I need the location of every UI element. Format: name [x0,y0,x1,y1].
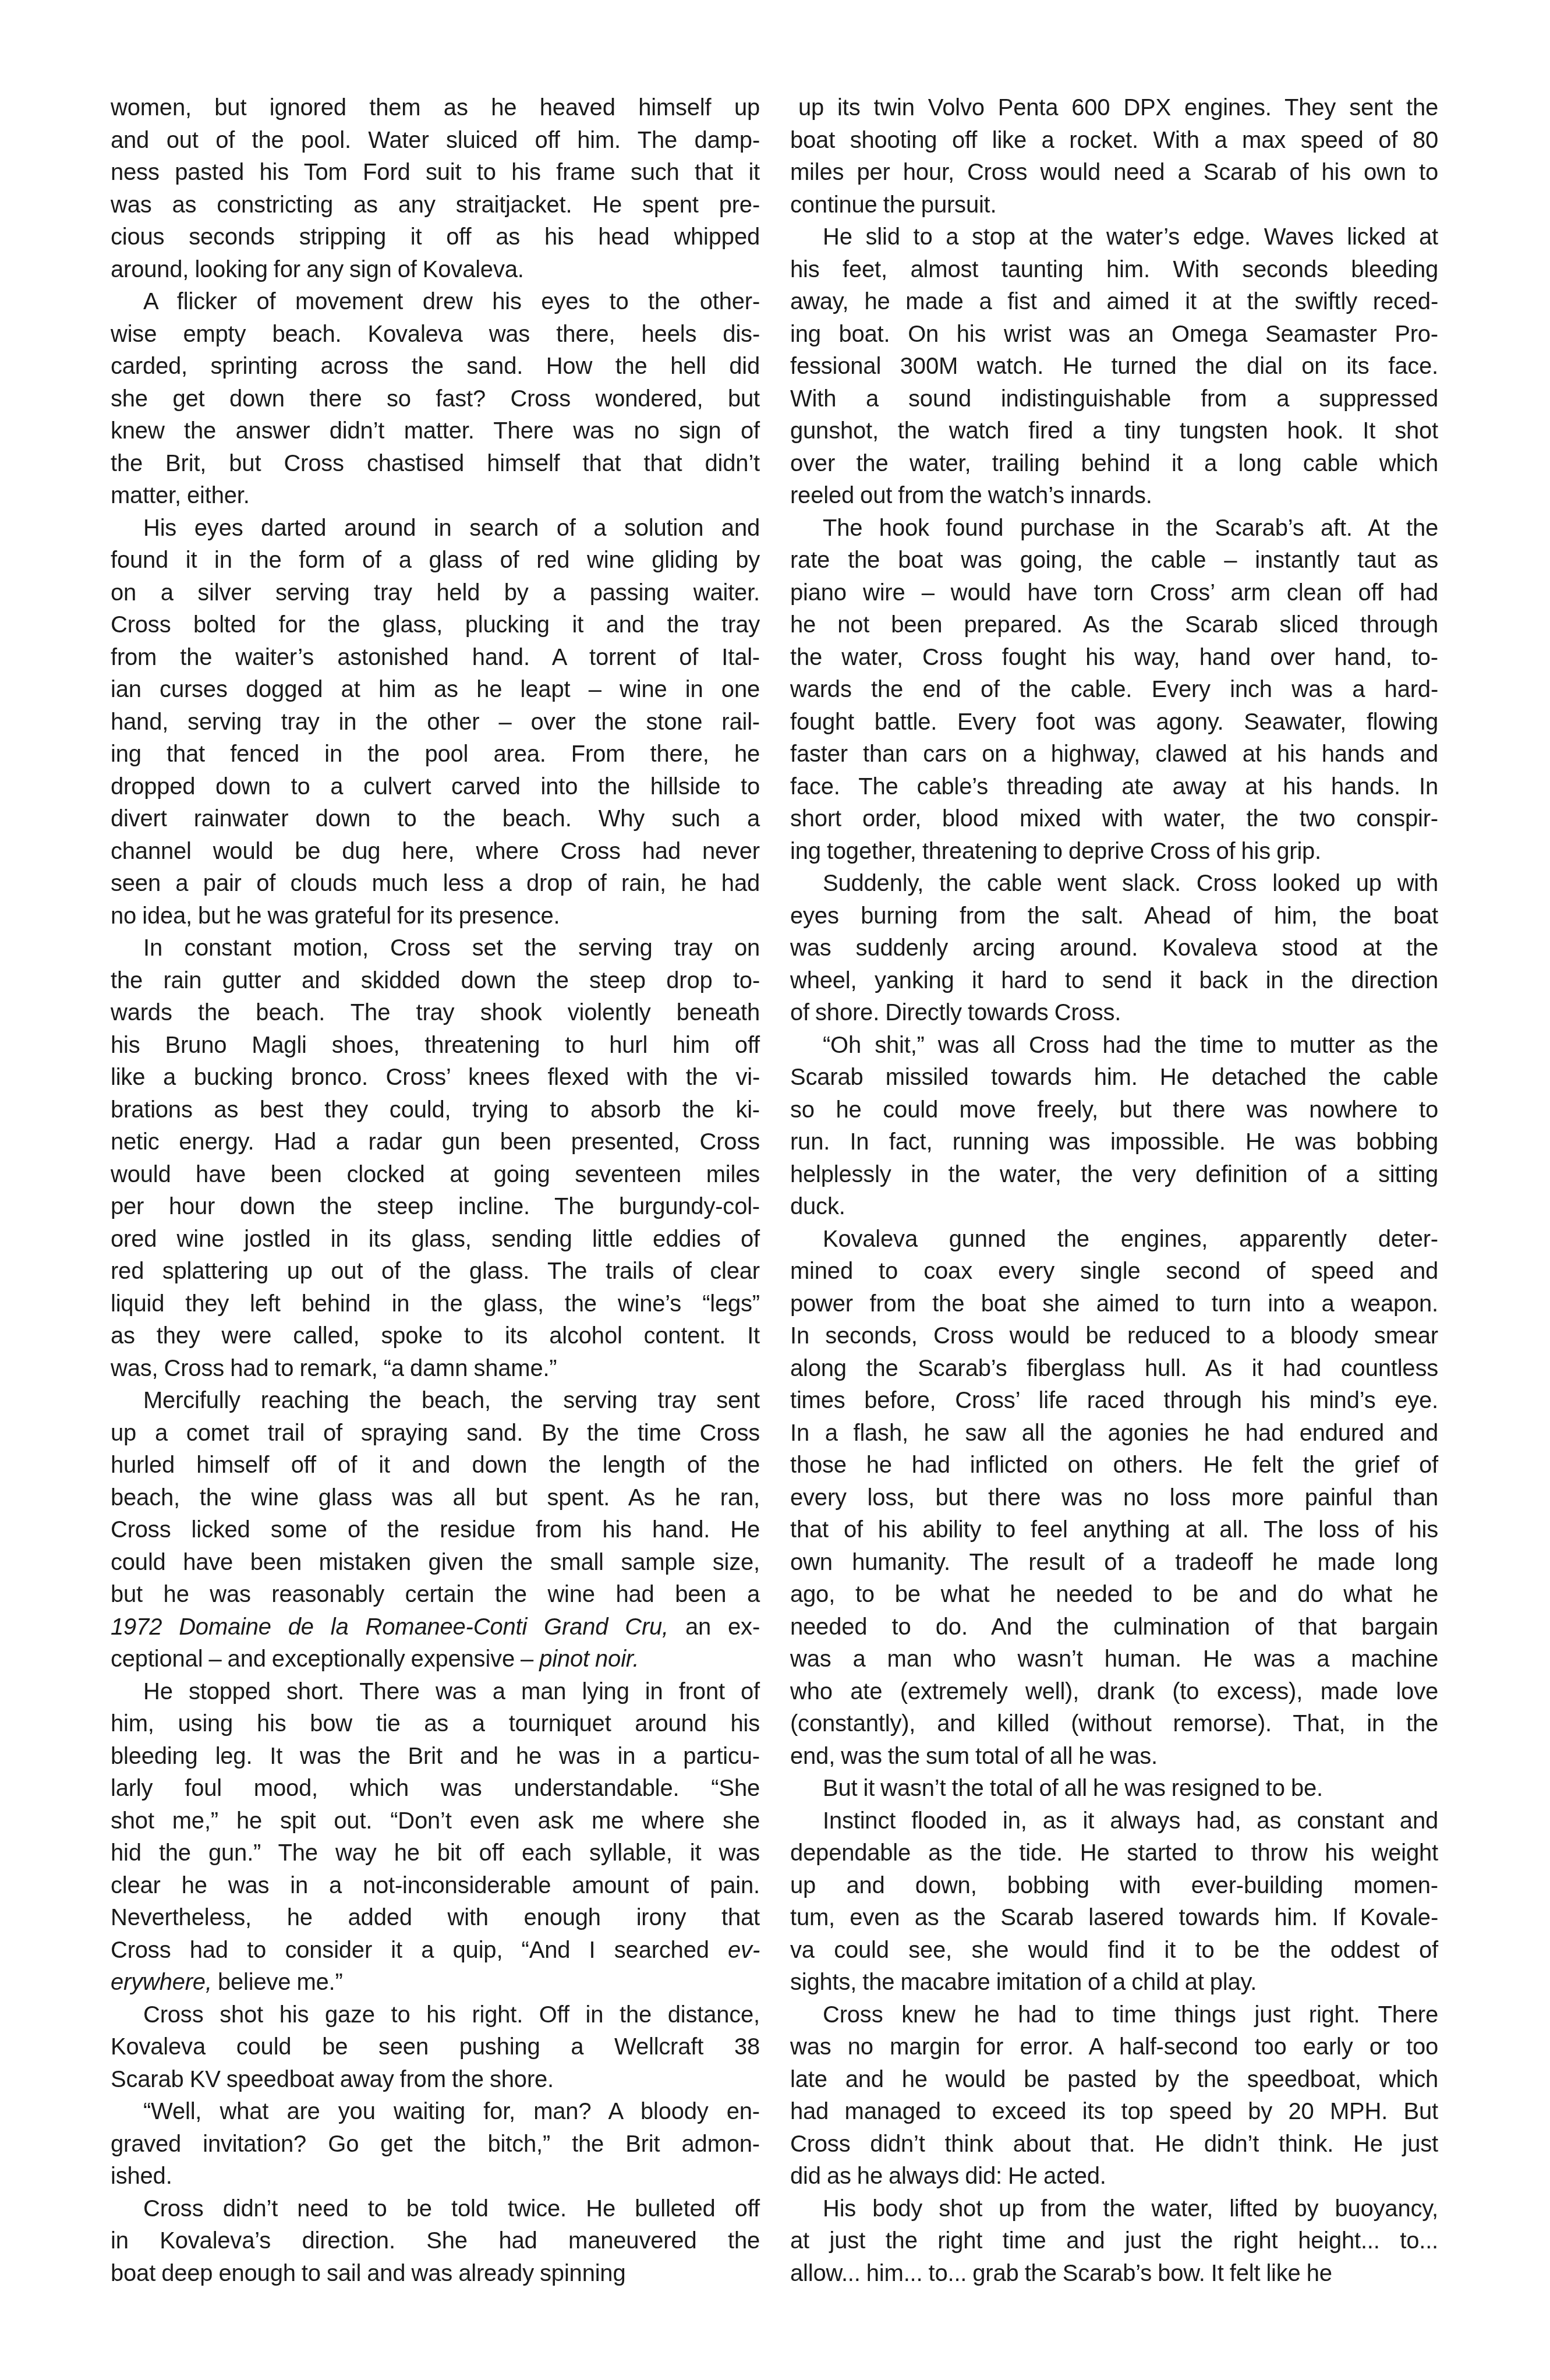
text-line: the rain gutter and skidded down the ste… [111,965,760,998]
paragraph: But it wasn’t the total of all he was re… [790,1773,1438,1805]
text-line: clear he was in a not-inconsiderable amo… [111,1870,760,1902]
text-line: (constantly), and killed (without remors… [790,1708,1438,1741]
paragraph: His eyes darted around in search of a so… [111,512,760,933]
text-line: ished. [111,2160,760,2193]
text-line: netic energy. Had a radar gun been prese… [111,1126,760,1159]
paragraph: Mercifully reaching the beach, the servi… [111,1385,760,1676]
text-line: Kovaleva gunned the engines, apparently … [790,1223,1438,1256]
text-line: seen a pair of clouds much less a drop o… [111,868,760,900]
text-line: red splattering up out of the glass. The… [111,1256,760,1288]
text-line: around, looking for any sign of Kovaleva… [111,254,760,287]
text-line: the Brit, but Cross chastised himself th… [111,448,760,480]
text-line: “Well, what are you waiting for, man? A … [111,2096,760,2128]
paragraph: Cross didn’t need to be told twice. He b… [111,2193,760,2290]
text-line: times before, Cross’ life raced through … [790,1385,1438,1417]
text-line: every loss, but there was no loss more p… [790,1482,1438,1515]
text-line: who ate (extremely well), drank (to exce… [790,1676,1438,1709]
text-line: hurled himself off of it and down the le… [111,1449,760,1482]
text-line: was a man who wasn’t human. He was a mac… [790,1643,1438,1676]
text-line: the water, Cross fought his way, hand ov… [790,642,1438,674]
paragraph: The hook found purchase in the Scarab’s … [790,512,1438,868]
text-line: fessional 300M watch. He turned the dial… [790,351,1438,383]
text-line: needed to do. And the culmination of tha… [790,1611,1438,1644]
text-line: duck. [790,1191,1438,1223]
text-line: boat deep enough to sail and was already… [111,2258,760,2290]
text-line: from the waiter’s astonished hand. A tor… [111,642,760,674]
text-line: was no margin for error. A half-second t… [790,2031,1438,2064]
text-line: own humanity. The result of a tradeoff h… [790,1547,1438,1579]
text-line: as they were called, spoke to its alcoho… [111,1320,760,1353]
paragraph: In constant motion, Cross set the servin… [111,932,760,1385]
text-line: sights, the macabre imitation of a child… [790,1967,1438,1999]
text-line: and out of the pool. Water sluiced off h… [111,125,760,157]
text-line: “Oh shit,” was all Cross had the time to… [790,1030,1438,1062]
text-line: 1972 Domaine de la Romanee-Conti Grand C… [111,1611,760,1644]
paragraph: His body shot up from the water, lifted … [790,2193,1438,2290]
text-line: Scarab KV speedboat away from the shore. [111,2064,760,2096]
text-line: channel would be dug here, where Cross h… [111,836,760,868]
text-line: ored wine jostled in its glass, sending … [111,1223,760,1256]
text-line: but he was reasonably certain the wine h… [111,1579,760,1611]
paragraph: women, but ignored them as he heaved him… [111,92,760,286]
text-line: He slid to a stop at the water’s edge. W… [790,221,1438,254]
text-line: Cross had to consider it a quip, “And I … [111,1935,760,1967]
text-line: Suddenly, the cable went slack. Cross lo… [790,868,1438,900]
text-line: him, using his bow tie as a tourniquet a… [111,1708,760,1741]
book-page: women, but ignored them as he heaved him… [0,0,1550,2380]
text-line: so he could move freely, but there was n… [790,1094,1438,1127]
text-line: ceptional – and exceptionally expensive … [111,1643,760,1676]
text-line: end, was the sum total of all he was. [790,1741,1438,1773]
text-line: hand, serving tray in the other – over t… [111,706,760,739]
text-line: wheel, yanking it hard to send it back i… [790,965,1438,998]
text-line: on a silver serving tray held by a passi… [111,577,760,610]
text-line: late and he would be pasted by the speed… [790,2064,1438,2096]
text-line: wards the end of the cable. Every inch w… [790,674,1438,706]
text-line: his feet, almost taunting him. With seco… [790,254,1438,287]
text-line: ago, to be what he needed to be and do w… [790,1579,1438,1611]
text-line: faster than cars on a highway, clawed at… [790,738,1438,771]
text-line: Cross didn’t need to be told twice. He b… [111,2193,760,2226]
text-line: hid the gun.” The way he bit off each sy… [111,1837,760,1870]
text-line: cious seconds stripping it off as his he… [111,221,760,254]
text-line: wise empty beach. Kovaleva was there, he… [111,319,760,351]
text-line: dependable as the tide. He started to th… [790,1837,1438,1870]
text-column-right: up its twin Volvo Penta 600 DPX engines.… [790,92,1438,2290]
text-line: up and down, bobbing with ever-building … [790,1870,1438,1902]
text-column-left: women, but ignored them as he heaved him… [111,92,760,2290]
text-line: ian curses dogged at him as he leapt – w… [111,674,760,706]
text-line: was as constricting as any straitjacket.… [111,189,760,222]
text-line: like a bucking bronco. Cross’ knees flex… [111,1062,760,1094]
text-line: ness pasted his Tom Ford suit to his fra… [111,157,760,189]
text-line: va could see, she would find it to be th… [790,1935,1438,1967]
text-line: at just the right time and just the righ… [790,2225,1438,2258]
text-line: over the water, trailing behind it a lon… [790,448,1438,480]
text-line: did as he always did: He acted. [790,2160,1438,2193]
text-line: mined to coax every single second of spe… [790,1256,1438,1288]
text-line: bleeding leg. It was the Brit and he was… [111,1741,760,1773]
paragraph: Kovaleva gunned the engines, apparently … [790,1223,1438,1773]
text-line: continue the pursuit. [790,189,1438,222]
text-line: In seconds, Cross would be reduced to a … [790,1320,1438,1353]
text-line: boat shooting off like a rocket. With a … [790,125,1438,157]
paragraph: A flicker of movement drew his eyes to t… [111,286,760,512]
text-line: up a comet trail of spraying sand. By th… [111,1417,760,1450]
text-line: Kovaleva could be seen pushing a Wellcra… [111,2031,760,2064]
text-line: knew the answer didn’t matter. There was… [111,415,760,448]
text-line: allow... him... to... grab the Scarab’s … [790,2258,1438,2290]
text-line: fought battle. Every foot was agony. Sea… [790,706,1438,739]
text-line: run. In fact, running was impossible. He… [790,1126,1438,1159]
text-line: she get down there so fast? Cross wonder… [111,383,760,416]
text-line: rate the boat was going, the cable – ins… [790,544,1438,577]
text-line: wards the beach. The tray shook violentl… [111,997,760,1030]
text-line: Cross bolted for the glass, plucking it … [111,609,760,642]
paragraph: up its twin Volvo Penta 600 DPX engines.… [790,92,1438,221]
text-line: power from the boat she aimed to turn in… [790,1288,1438,1321]
text-line: Scarab missiled towards him. He detached… [790,1062,1438,1094]
text-line: carded, sprinting across the sand. How t… [111,351,760,383]
text-line: Cross shot his gaze to his right. Off in… [111,1999,760,2032]
paragraph: Instinct flooded in, as it always had, a… [790,1805,1438,1999]
text-line: that of his ability to feel anything at … [790,1514,1438,1547]
text-line: Mercifully reaching the beach, the servi… [111,1385,760,1417]
text-line: his Bruno Magli shoes, threatening to hu… [111,1030,760,1062]
text-line: in Kovaleva’s direction. She had maneuve… [111,2225,760,2258]
text-line: matter, either. [111,480,760,512]
text-line: His eyes darted around in search of a so… [111,512,760,545]
text-line: ing together, threatening to deprive Cro… [790,836,1438,868]
text-line: larly foul mood, which was understandabl… [111,1773,760,1805]
text-line: of shore. Directly towards Cross. [790,997,1438,1030]
paragraph: Cross shot his gaze to his right. Off in… [111,1999,760,2096]
text-line: divert rainwater down to the beach. Why … [111,803,760,836]
text-line: tum, even as the Scarab lasered towards … [790,1902,1438,1935]
text-line: A flicker of movement drew his eyes to t… [111,286,760,319]
text-line: In a flash, he saw all the agonies he ha… [790,1417,1438,1450]
text-line: graved invitation? Go get the bitch,” th… [111,2128,760,2161]
text-line: Instinct flooded in, as it always had, a… [790,1805,1438,1838]
text-line: would have been clocked at going sevente… [111,1159,760,1191]
text-line: He stopped short. There was a man lying … [111,1676,760,1709]
text-line: Nevertheless, he added with enough irony… [111,1902,760,1935]
paragraph: He slid to a stop at the water’s edge. W… [790,221,1438,512]
text-line: per hour down the steep incline. The bur… [111,1191,760,1223]
paragraph: Suddenly, the cable went slack. Cross lo… [790,868,1438,1030]
text-line: reeled out from the watch’s innards. [790,480,1438,512]
text-line: helplessly in the water, the very defini… [790,1159,1438,1191]
text-line: Cross knew he had to time things just ri… [790,1999,1438,2032]
text-line: those he had inflicted on others. He fel… [790,1449,1438,1482]
text-line: shot me,” he spit out. “Don’t even ask m… [111,1805,760,1838]
text-line: erywhere, believe me.” [111,1967,760,1999]
text-line: His body shot up from the water, lifted … [790,2193,1438,2226]
text-line: ing that fenced in the pool area. From t… [111,738,760,771]
text-line: had managed to exceed its top speed by 2… [790,2096,1438,2128]
text-line: Cross didn’t think about that. He didn’t… [790,2128,1438,2161]
text-line: But it wasn’t the total of all he was re… [790,1773,1438,1805]
text-line: women, but ignored them as he heaved him… [111,92,760,125]
text-line: The hook found purchase in the Scarab’s … [790,512,1438,545]
text-line: eyes burning from the salt. Ahead of him… [790,900,1438,933]
text-line: gunshot, the watch fired a tiny tungsten… [790,415,1438,448]
text-line: In constant motion, Cross set the servin… [111,932,760,965]
text-line: dropped down to a culvert carved into th… [111,771,760,804]
text-line: was suddenly arcing around. Kovaleva sto… [790,932,1438,965]
paragraph: He stopped short. There was a man lying … [111,1676,760,1999]
paragraph: “Oh shit,” was all Cross had the time to… [790,1030,1438,1223]
text-line: found it in the form of a glass of red w… [111,544,760,577]
text-line: piano wire – would have torn Cross’ arm … [790,577,1438,610]
text-line: no idea, but he was grateful for its pre… [111,900,760,933]
text-line: was, Cross had to remark, “a damn shame.… [111,1353,760,1385]
text-line: miles per hour, Cross would need a Scara… [790,157,1438,189]
text-line: brations as best they could, trying to a… [111,1094,760,1127]
text-line: ing boat. On his wrist was an Omega Seam… [790,319,1438,351]
text-line: face. The cable’s threading ate away at … [790,771,1438,804]
text-line: beach, the wine glass was all but spent.… [111,1482,760,1515]
text-line: up its twin Volvo Penta 600 DPX engines.… [790,92,1438,125]
text-line: he not been prepared. As the Scarab slic… [790,609,1438,642]
text-line: liquid they left behind in the glass, th… [111,1288,760,1321]
text-line: Cross licked some of the residue from hi… [111,1514,760,1547]
paragraph: Cross knew he had to time things just ri… [790,1999,1438,2193]
text-line: short order, blood mixed with water, the… [790,803,1438,836]
text-line: could have been mistaken given the small… [111,1547,760,1579]
text-line: along the Scarab’s fiberglass hull. As i… [790,1353,1438,1385]
text-line: away, he made a fist and aimed it at the… [790,286,1438,319]
paragraph: “Well, what are you waiting for, man? A … [111,2096,760,2193]
text-line: With a sound indistinguishable from a su… [790,383,1438,416]
